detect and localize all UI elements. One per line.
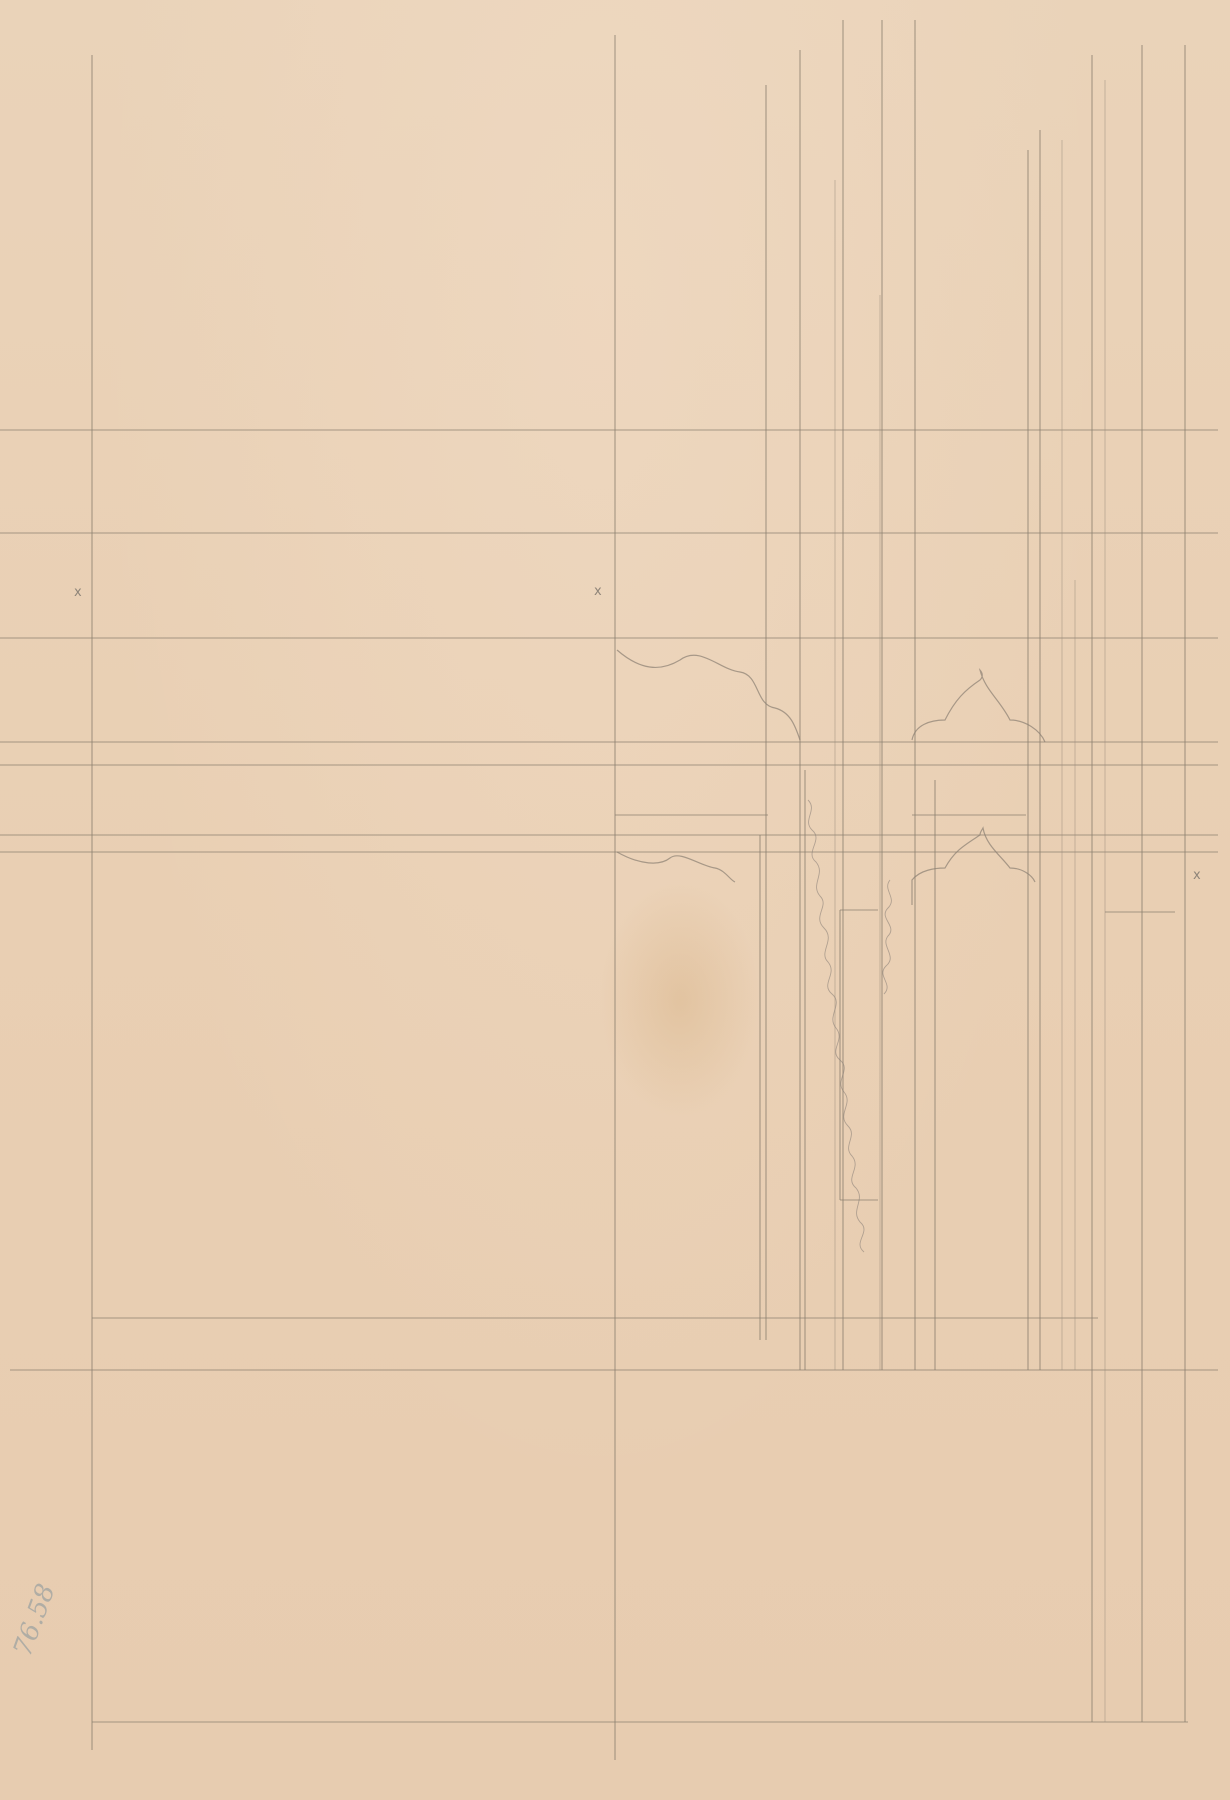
cross-mark: x bbox=[1193, 868, 1201, 883]
drawing-sheet: x x x 76.58 bbox=[0, 0, 1230, 1800]
cross-mark: x bbox=[594, 584, 602, 599]
construction-lines bbox=[0, 0, 1230, 1800]
cross-mark: x bbox=[74, 585, 82, 600]
